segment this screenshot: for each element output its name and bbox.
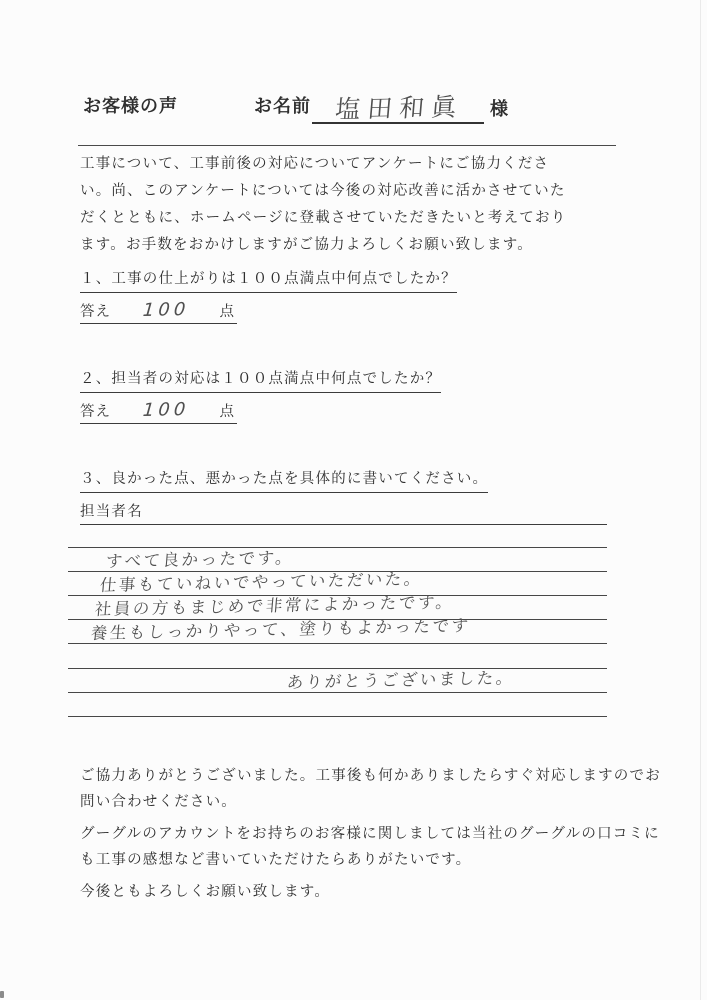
header-divider	[78, 145, 616, 146]
scan-speck-artifact	[0, 991, 4, 998]
page-title: お客様の声	[83, 92, 178, 118]
footer-paragraph-2: グーグルのアカウントをお持ちのお客様に関しましては当社のグーグルの口コミに も工…	[80, 821, 665, 873]
intro-paragraph: 工事について、工事前後の対応についてアンケートにご協力くださ い。尚、このアンケ…	[80, 151, 632, 259]
points-unit-label: 点	[219, 300, 235, 321]
name-underline: 塩田和眞	[312, 76, 484, 124]
honorific-suffix: 様	[490, 95, 509, 121]
comment-ruled-line	[68, 643, 607, 644]
staff-name-label: 担当者名	[80, 504, 143, 520]
answer-row-1: 答え 100 点	[80, 295, 237, 324]
scanned-survey-page: お客様の声 お名前 塩田和眞 様 工事について、工事前後の対応についてアンケート…	[0, 0, 707, 1000]
answer-value-handwriting: 100	[142, 299, 190, 321]
thanks-handwriting: ありがとうございました。	[286, 664, 516, 693]
comment-ruled-line	[68, 692, 607, 693]
answer-label: 答え	[80, 400, 111, 421]
points-unit-label: 点	[219, 400, 235, 421]
footer-paragraph-3: 今後ともよろしくお願い致します。	[80, 879, 665, 905]
question-2-label: ２、担当者の対応は１００点満点中何点でしたか？	[80, 367, 441, 393]
answer-label: 答え	[80, 300, 111, 321]
question-1-label: １、工事の仕上がりは１００点満点中何点でしたか？	[80, 267, 457, 293]
answer-row-2: 答え 100 点	[80, 395, 237, 424]
question-3-label: ３、良かった点、悪かった点を具体的に書いてください。	[80, 467, 488, 493]
scan-edge-artifact	[700, 0, 701, 1000]
name-field-label: お名前	[254, 92, 311, 118]
staff-name-line: 担当者名	[80, 500, 607, 525]
footer-paragraph-1: ご協力ありがとうございました。工事後も何かありましたらすぐ対応しますのでお 問い…	[80, 763, 665, 815]
comment-ruled-line	[68, 716, 607, 717]
customer-name-handwriting: 塩田和眞	[334, 87, 465, 126]
answer-value-handwriting: 100	[142, 399, 190, 421]
